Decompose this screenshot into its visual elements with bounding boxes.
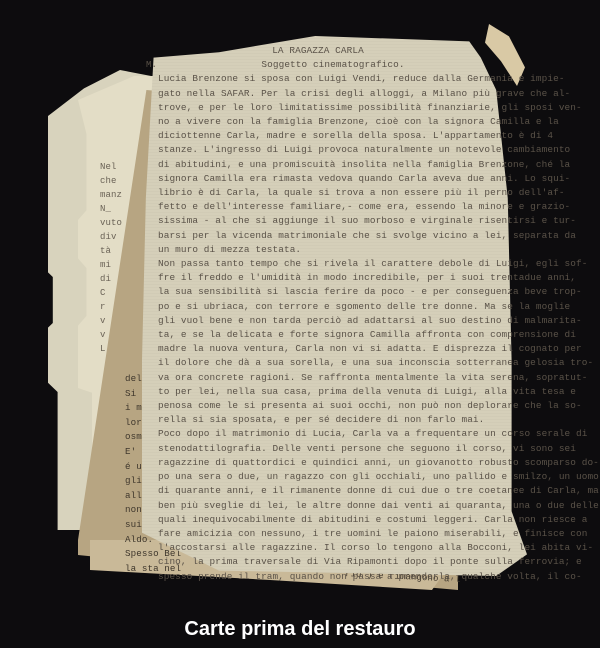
text-line: stenodattilografia. Delle venti persone … <box>158 442 518 456</box>
text-line: fetto e dell'interesse familiare,- come … <box>158 200 518 214</box>
text-line: div <box>100 230 122 244</box>
text-line: l'accostarsi alle ragazzine. Il corso lo… <box>158 541 518 555</box>
text-line: va ora concrete ragioni. Se raffronta me… <box>158 371 518 385</box>
text-line: rella si sia sposata, e per sé decidere … <box>158 413 518 427</box>
text-line: fare amicizia con nessuno, i tre uomini … <box>158 527 518 541</box>
photo-stage: NelchemanzN_vutodivtàmidiCrvvL del levaS… <box>0 0 600 648</box>
text-line: to per lei, nella sua casa, prima della … <box>158 385 518 399</box>
text-line: librio è di Carla, la quale si trova a n… <box>158 186 518 200</box>
text-line: tà <box>100 244 122 258</box>
text-line: di abitudini, e una promiscuità insolita… <box>158 158 518 172</box>
text-line: gli vuol bene e non tarda perciò ad adat… <box>158 314 518 328</box>
text-line: di quarante anni, e il rimanente donne d… <box>158 484 518 498</box>
text-line: ragazzine di quattordici e quindici anni… <box>158 456 518 470</box>
front-sheet-text: LA RAGAZZA CARLA Soggetto cinematografic… <box>158 44 518 584</box>
text-line: po e si ubriaca, con terrore e sgomento … <box>158 300 518 314</box>
photo-caption: Carte prima del restauro <box>0 618 600 641</box>
text-line: Poco dopo il matrimonio di Lucia, Carla … <box>158 427 518 441</box>
text-line: Non passa tanto tempo che si rivela il c… <box>158 257 518 271</box>
text-line: stanze. L'ingresso di Luigi provoca natu… <box>158 143 518 157</box>
text-line: fre il freddo e l'umidità in modo incred… <box>158 271 518 285</box>
text-line: sissima - al che si aggiunge il suo morb… <box>158 214 518 228</box>
text-line: quali inequivocabilmente di abitudini e … <box>158 513 518 527</box>
text-line: mi <box>100 258 122 272</box>
text-line: cino, la prima traversale di Via Ripamon… <box>158 555 518 569</box>
document-title: LA RAGAZZA CARLA <box>118 44 518 58</box>
text-line: Nel <box>100 160 122 174</box>
text-line: vuto <box>100 216 122 230</box>
text-line: po una sera o due, un ragazzo con gli oc… <box>158 470 518 484</box>
text-line: madre la nuova ventura, Carla non vi si … <box>158 342 518 356</box>
text-line: trove, e per le loro limitatissime possi… <box>158 101 518 115</box>
text-line: barsi per la vicenda matrimoniale che si… <box>158 229 518 243</box>
text-line: no a vivere con la famiglia Brenzone, ci… <box>158 115 518 129</box>
text-line: N_ <box>100 202 122 216</box>
text-line: che <box>100 174 122 188</box>
text-line: ta, e se la delicata e forte signora Cam… <box>158 328 518 342</box>
text-line: Lucia Brenzone si sposa con Luigi Vendi,… <box>158 72 518 86</box>
document-body: Lucia Brenzone si sposa con Luigi Vendi,… <box>158 72 518 583</box>
text-line: signora Camilla era rimasta vedova quand… <box>158 172 518 186</box>
text-line: un muro di mezza testata. <box>158 243 518 257</box>
text-line: il dolore che dà a sua sorella, e una su… <box>158 356 518 370</box>
text-line: ben più sveglie di lei, le altre donne d… <box>158 499 518 513</box>
text-line: penosa come le si presenta ai suoi occhi… <box>158 399 518 413</box>
text-line: manz <box>100 188 122 202</box>
text-line: diciottenne Carla, madre e sorella della… <box>158 129 518 143</box>
text-line: spesso prende il tram, quando non passa … <box>158 570 518 584</box>
document-subtitle: Soggetto cinematografico. <box>148 58 518 72</box>
text-line: la sua sensibilità si lascia ferire da p… <box>158 285 518 299</box>
text-line: gato nella SAFAR. Per la crisi degli all… <box>158 87 518 101</box>
